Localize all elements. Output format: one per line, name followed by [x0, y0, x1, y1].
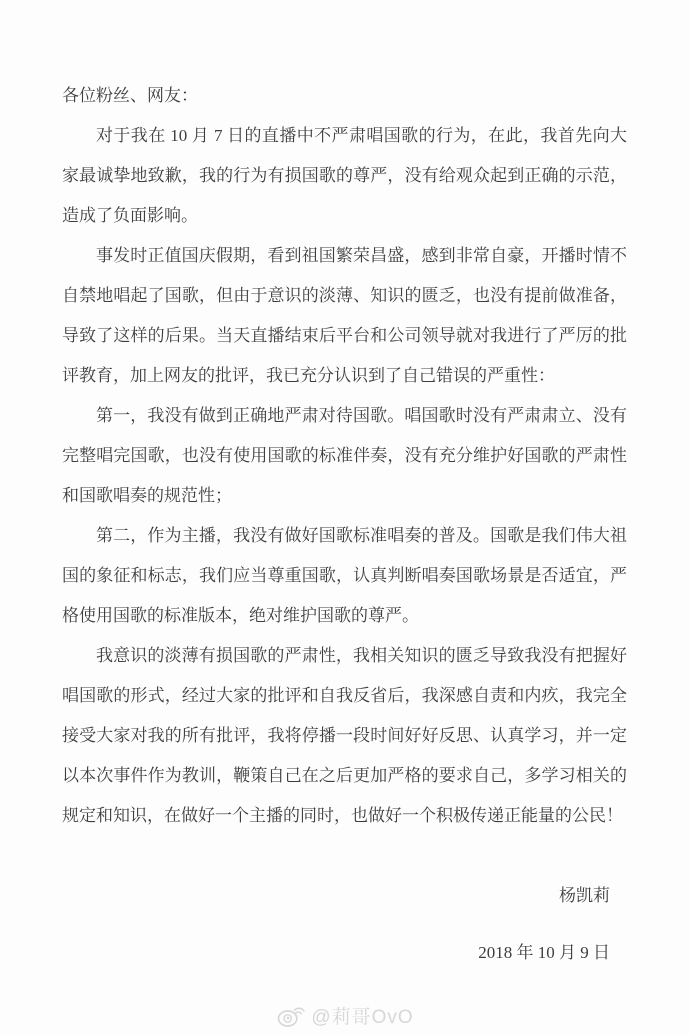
- letter-date: 2018 年 10 月 9 日: [0, 933, 610, 973]
- letter-body: 各位粉丝、网友： 对于我在 10 月 7 日的直播中不严肃唱国歌的行为，在此，我…: [0, 0, 690, 836]
- letter-paragraph-4: 第二，作为主播，我没有做好国歌标准唱奏的普及。国歌是我们伟大祖国的象征和标志，我…: [62, 516, 627, 636]
- letter-paragraph-2: 事发时正值国庆假期，看到祖国繁荣昌盛，感到非常自豪，开播时情不自禁地唱起了国歌，…: [62, 236, 627, 396]
- signature-block: 杨凯莉 2018 年 10 月 9 日: [0, 876, 690, 973]
- weibo-logo-icon: [276, 1003, 306, 1029]
- letter-paragraph-3: 第一，我没有做到正确地严肃对待国歌。唱国歌时没有严肃肃立、没有完整唱完国歌，也没…: [62, 396, 627, 516]
- letter-paragraph-1: 对于我在 10 月 7 日的直播中不严肃唱国歌的行为，在此，我首先向大家最诚挚地…: [62, 116, 627, 236]
- watermark-handle: @莉哥OvO: [311, 1002, 413, 1029]
- letter-salutation: 各位粉丝、网友：: [62, 76, 627, 116]
- signer-name: 杨凯莉: [0, 876, 610, 916]
- apology-letter-page: 各位粉丝、网友： 对于我在 10 月 7 日的直播中不严肃唱国歌的行为，在此，我…: [0, 0, 690, 1035]
- weibo-watermark: @莉哥OvO: [0, 1002, 690, 1029]
- letter-paragraph-5: 我意识的淡薄有损国歌的严肃性，我相关知识的匮乏导致我没有把握好唱国歌的形式，经过…: [62, 636, 627, 836]
